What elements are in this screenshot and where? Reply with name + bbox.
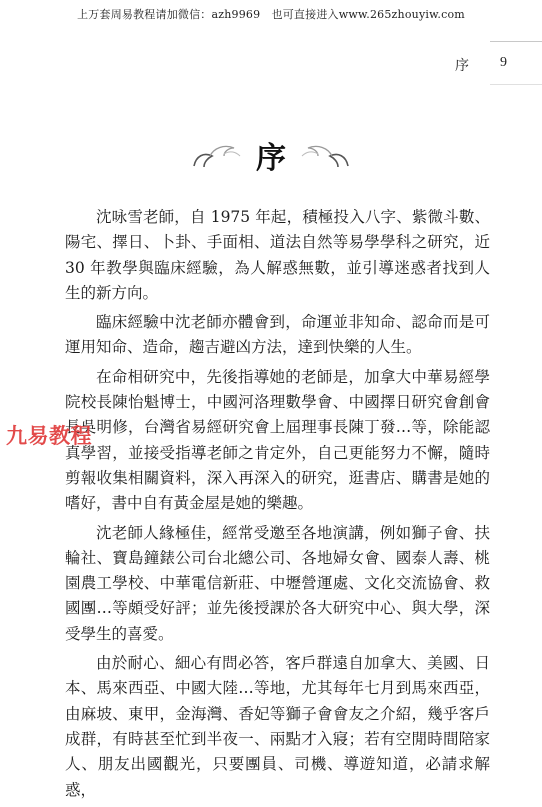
chapter-heading: 序 bbox=[0, 130, 542, 180]
preface-body: 沈咏雪老師，自 1975 年起，積極投入八字、紫微斗數、陽宅、擇日、卜卦、手面相… bbox=[65, 205, 490, 807]
left-cloud-ornament-icon bbox=[190, 140, 242, 170]
paragraph: 沈咏雪老師，自 1975 年起，積極投入八字、紫微斗數、陽宅、擇日、卜卦、手面相… bbox=[65, 205, 490, 306]
paragraph: 在命相研究中，先後指導她的老師是，加拿大中華易經學院校長陳怡魁博士，中國河洛理數… bbox=[65, 365, 490, 517]
paragraph: 沈老師人緣極佳，經常受邀至各地演講，例如獅子會、扶輪社、寶島鐘錶公司台北總公司、… bbox=[65, 521, 490, 647]
chapter-title: 序 bbox=[250, 133, 292, 177]
paragraph: 由於耐心、細心有問必答，客戶群遠自加拿大、美國、日本、馬來西亞、中國大陸…等地，… bbox=[65, 651, 490, 803]
header-rule-top bbox=[490, 41, 542, 42]
page-number: 9 bbox=[500, 55, 507, 71]
paragraph: 臨床經驗中沈老師亦體會到，命運並非知命、認命而是可運用知命、造命，趨吉避凶方法，… bbox=[65, 310, 490, 361]
header-rule-bottom bbox=[490, 84, 542, 85]
top-banner-advert: 上万套周易教程请加微信：azh9969 也可直接进入www.265zhouyiw… bbox=[0, 6, 542, 22]
running-head-section: 序 bbox=[455, 55, 469, 75]
right-cloud-ornament-icon bbox=[300, 140, 352, 170]
watermark-logo: 九易教程 bbox=[6, 420, 92, 450]
